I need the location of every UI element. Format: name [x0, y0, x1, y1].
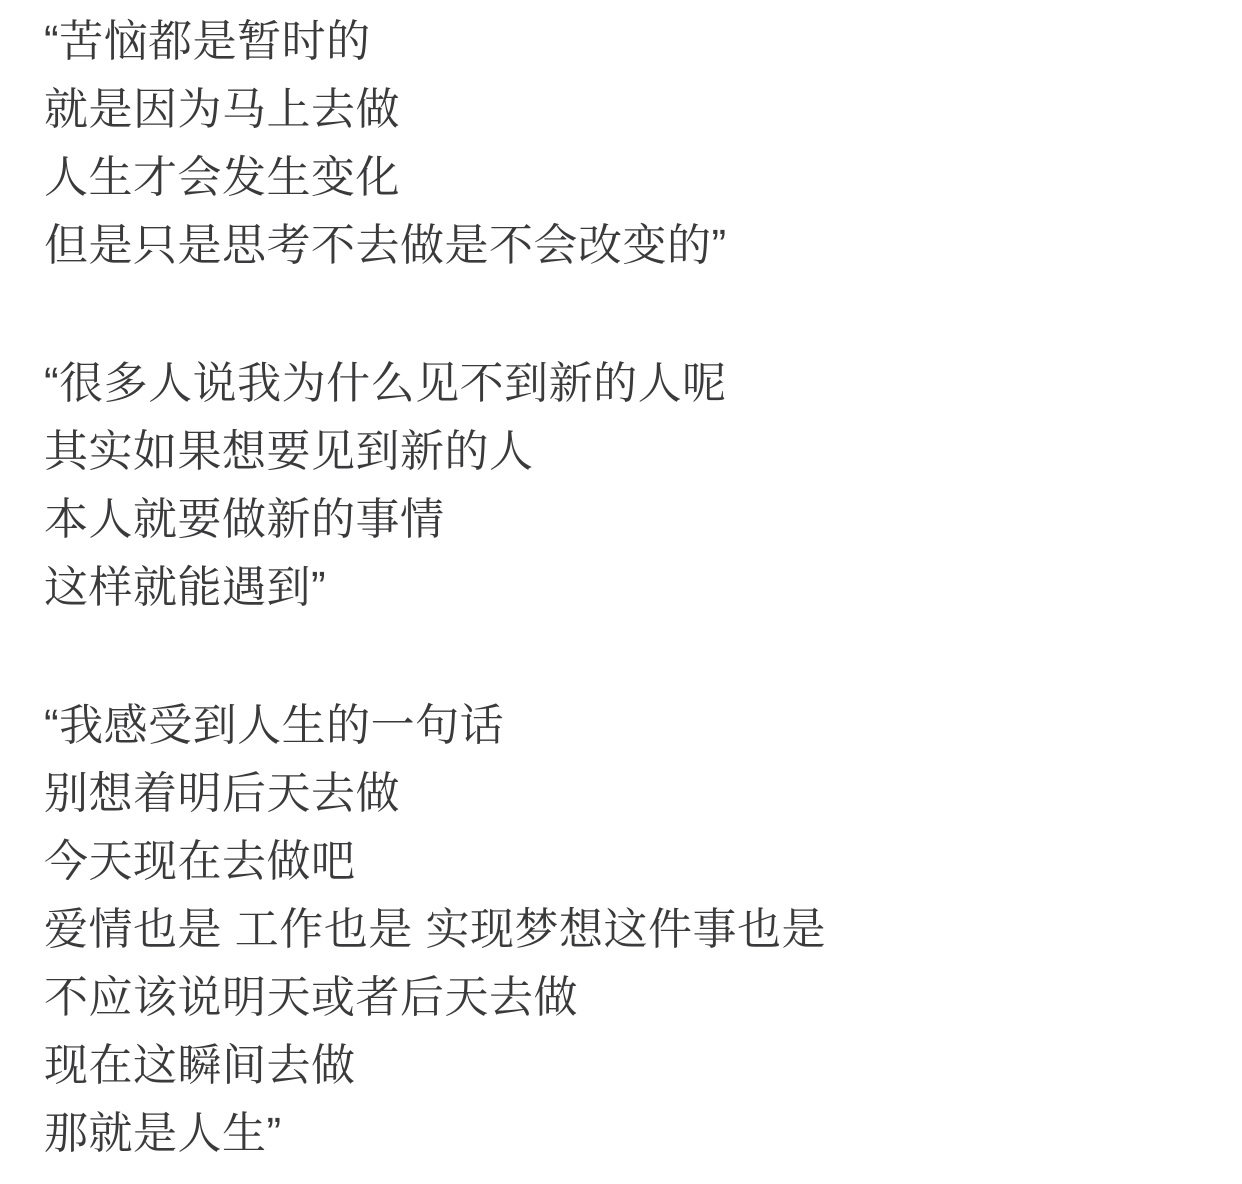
quote-line: 其实如果想要见到新的人 — [44, 418, 1202, 486]
quote-page: “苦恼都是暂时的 就是因为马上去做 人生才会发生变化 但是只是思考不去做是不会改… — [0, 0, 1242, 1168]
quote-line: 本人就要做新的事情 — [44, 486, 1202, 554]
quote-line: 这样就能遇到” — [44, 554, 1202, 622]
quote-line: 那就是人生” — [44, 1100, 1202, 1168]
quote-line: 就是因为马上去做 — [44, 76, 1202, 144]
quote-line: 人生才会发生变化 — [44, 144, 1202, 212]
quote-line: 今天现在去做吧 — [44, 828, 1202, 896]
quote-line: 爱情也是 工作也是 实现梦想这件事也是 — [44, 896, 1202, 964]
quote-paragraph-1: “苦恼都是暂时的 就是因为马上去做 人生才会发生变化 但是只是思考不去做是不会改… — [44, 8, 1202, 280]
quote-line: 不应该说明天或者后天去做 — [44, 964, 1202, 1032]
quote-paragraph-2: “很多人说我为什么见不到新的人呢 其实如果想要见到新的人 本人就要做新的事情 这… — [44, 350, 1202, 622]
quote-line: “很多人说我为什么见不到新的人呢 — [44, 350, 1202, 418]
quote-paragraph-3: “我感受到人生的一句话 别想着明后天去做 今天现在去做吧 爱情也是 工作也是 实… — [44, 692, 1202, 1168]
quote-line: “苦恼都是暂时的 — [44, 8, 1202, 76]
quote-line: 但是只是思考不去做是不会改变的” — [44, 212, 1202, 280]
quote-line: 别想着明后天去做 — [44, 760, 1202, 828]
quote-line: “我感受到人生的一句话 — [44, 692, 1202, 760]
quote-line: 现在这瞬间去做 — [44, 1032, 1202, 1100]
